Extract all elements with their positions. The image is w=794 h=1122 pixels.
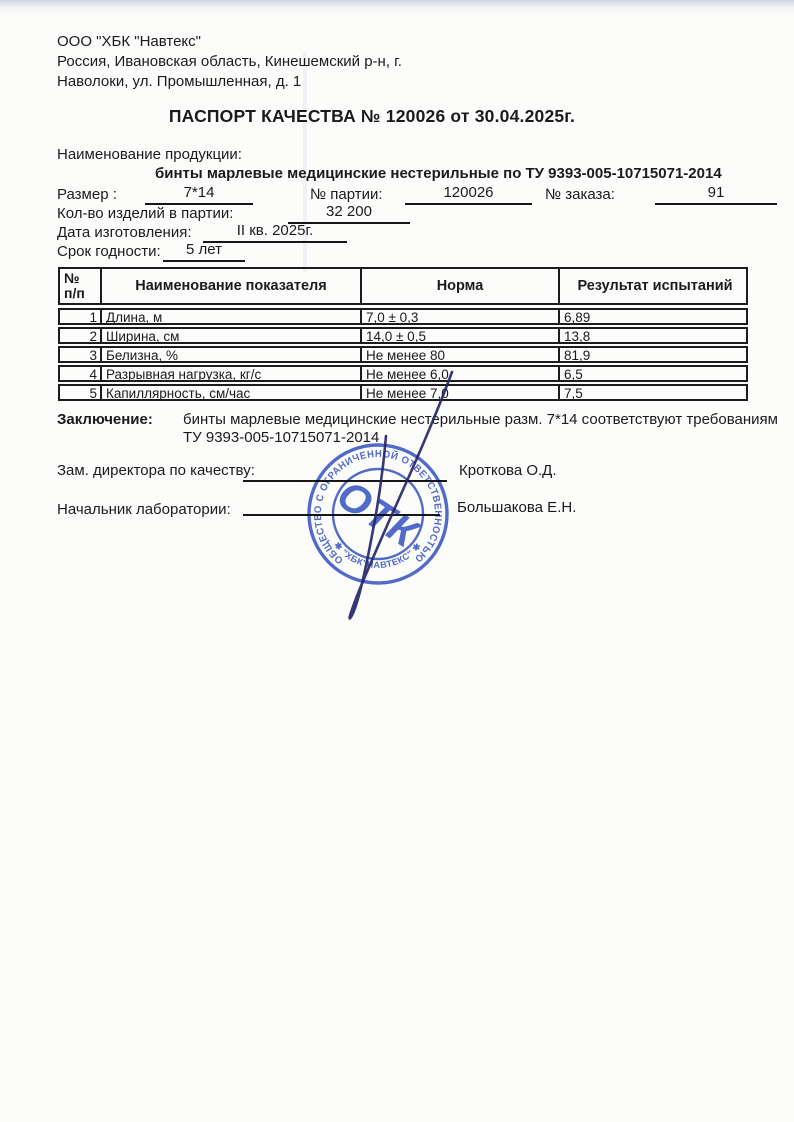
company-name: ООО "ХБК "Навтекс" <box>57 33 201 51</box>
cell-norm: Не менее 7,0 <box>360 386 558 399</box>
indicators-table: № п/п Наименование показателя Норма Резу… <box>58 267 748 403</box>
signature-role-quality-deputy: Зам. директора по качеству: <box>57 462 255 480</box>
product-name: бинты марлевые медицинские нестерильные … <box>155 165 722 183</box>
cell-result: 6,89 <box>558 310 750 323</box>
conclusion-label: Заключение: <box>57 411 153 429</box>
document-title: ПАСПОРТ КАЧЕСТВА № 120026 от 30.04.2025г… <box>0 106 769 127</box>
cell-num: 2 <box>60 329 100 342</box>
mfg-date-label: Дата изготовления: <box>57 224 192 242</box>
cell-indicator: Разрывная нагрузка, кг/с <box>100 367 360 380</box>
signature-role-lab-head: Начальник лаборатории: <box>57 501 231 519</box>
cell-indicator: Капиллярность, см/час <box>100 386 360 399</box>
table-row: 1 Длина, м 7,0 ± 0,3 6,89 <box>58 308 748 325</box>
cell-indicator: Белизна, % <box>100 348 360 361</box>
shelf-life-value: 5 лет <box>163 241 245 262</box>
cell-norm: Не менее 80 <box>360 348 558 361</box>
cell-indicator: Длина, м <box>100 310 360 323</box>
product-section-label: Наименование продукции: <box>57 146 242 164</box>
batch-label: № партии: <box>310 186 383 204</box>
cell-num: 4 <box>60 367 100 380</box>
order-value: 91 <box>655 184 777 205</box>
table-row: 4 Разрывная нагрузка, кг/с Не менее 6,0 … <box>58 365 748 382</box>
cell-norm: 7,0 ± 0,3 <box>360 310 558 323</box>
table-header-row: № п/п Наименование показателя Норма Резу… <box>58 267 748 305</box>
quantity-value: 32 200 <box>288 203 410 224</box>
mfg-date-value: II кв. 2025г. <box>203 222 347 243</box>
cell-norm: Не менее 6,0 <box>360 367 558 380</box>
cell-num: 1 <box>60 310 100 323</box>
quantity-label: Кол-во изделий в партии: <box>57 205 233 223</box>
cell-num: 3 <box>60 348 100 361</box>
header-norm: Норма <box>360 269 558 303</box>
table-row: 3 Белизна, % Не менее 80 81,9 <box>58 346 748 363</box>
company-address-line1: Россия, Ивановская область, Кинешемский … <box>57 53 402 71</box>
cell-result: 6,5 <box>558 367 750 380</box>
shelf-life-label: Срок годности: <box>57 243 161 261</box>
size-label: Размер : <box>57 186 117 204</box>
order-label: № заказа: <box>545 186 615 204</box>
cell-result: 13,8 <box>558 329 750 342</box>
company-address-line2: Наволоки, ул. Промышленная, д. 1 <box>57 73 301 91</box>
header-indicator: Наименование показателя <box>100 269 360 303</box>
table-row: 5 Капиллярность, см/час Не менее 7,0 7,5 <box>58 384 748 401</box>
table-row: 2 Ширина, см 14,0 ± 0,5 13,8 <box>58 327 748 344</box>
cell-result: 7,5 <box>558 386 750 399</box>
header-num: № п/п <box>60 269 100 303</box>
size-value: 7*14 <box>145 184 253 205</box>
otk-stamp-icon: ОБЩЕСТВО С ОГРАНИЧЕННОЙ ОТВЕТСТВЕННОСТЬЮ… <box>273 409 483 619</box>
cell-indicator: Ширина, см <box>100 329 360 342</box>
cell-norm: 14,0 ± 0,5 <box>360 329 558 342</box>
scan-edge-artifact <box>0 0 794 14</box>
quality-passport-page: ООО "ХБК "Навтекс" Россия, Ивановская об… <box>0 0 794 1122</box>
header-result: Результат испытаний <box>558 269 750 303</box>
cell-result: 81,9 <box>558 348 750 361</box>
batch-value: 120026 <box>405 184 532 205</box>
cell-num: 5 <box>60 386 100 399</box>
